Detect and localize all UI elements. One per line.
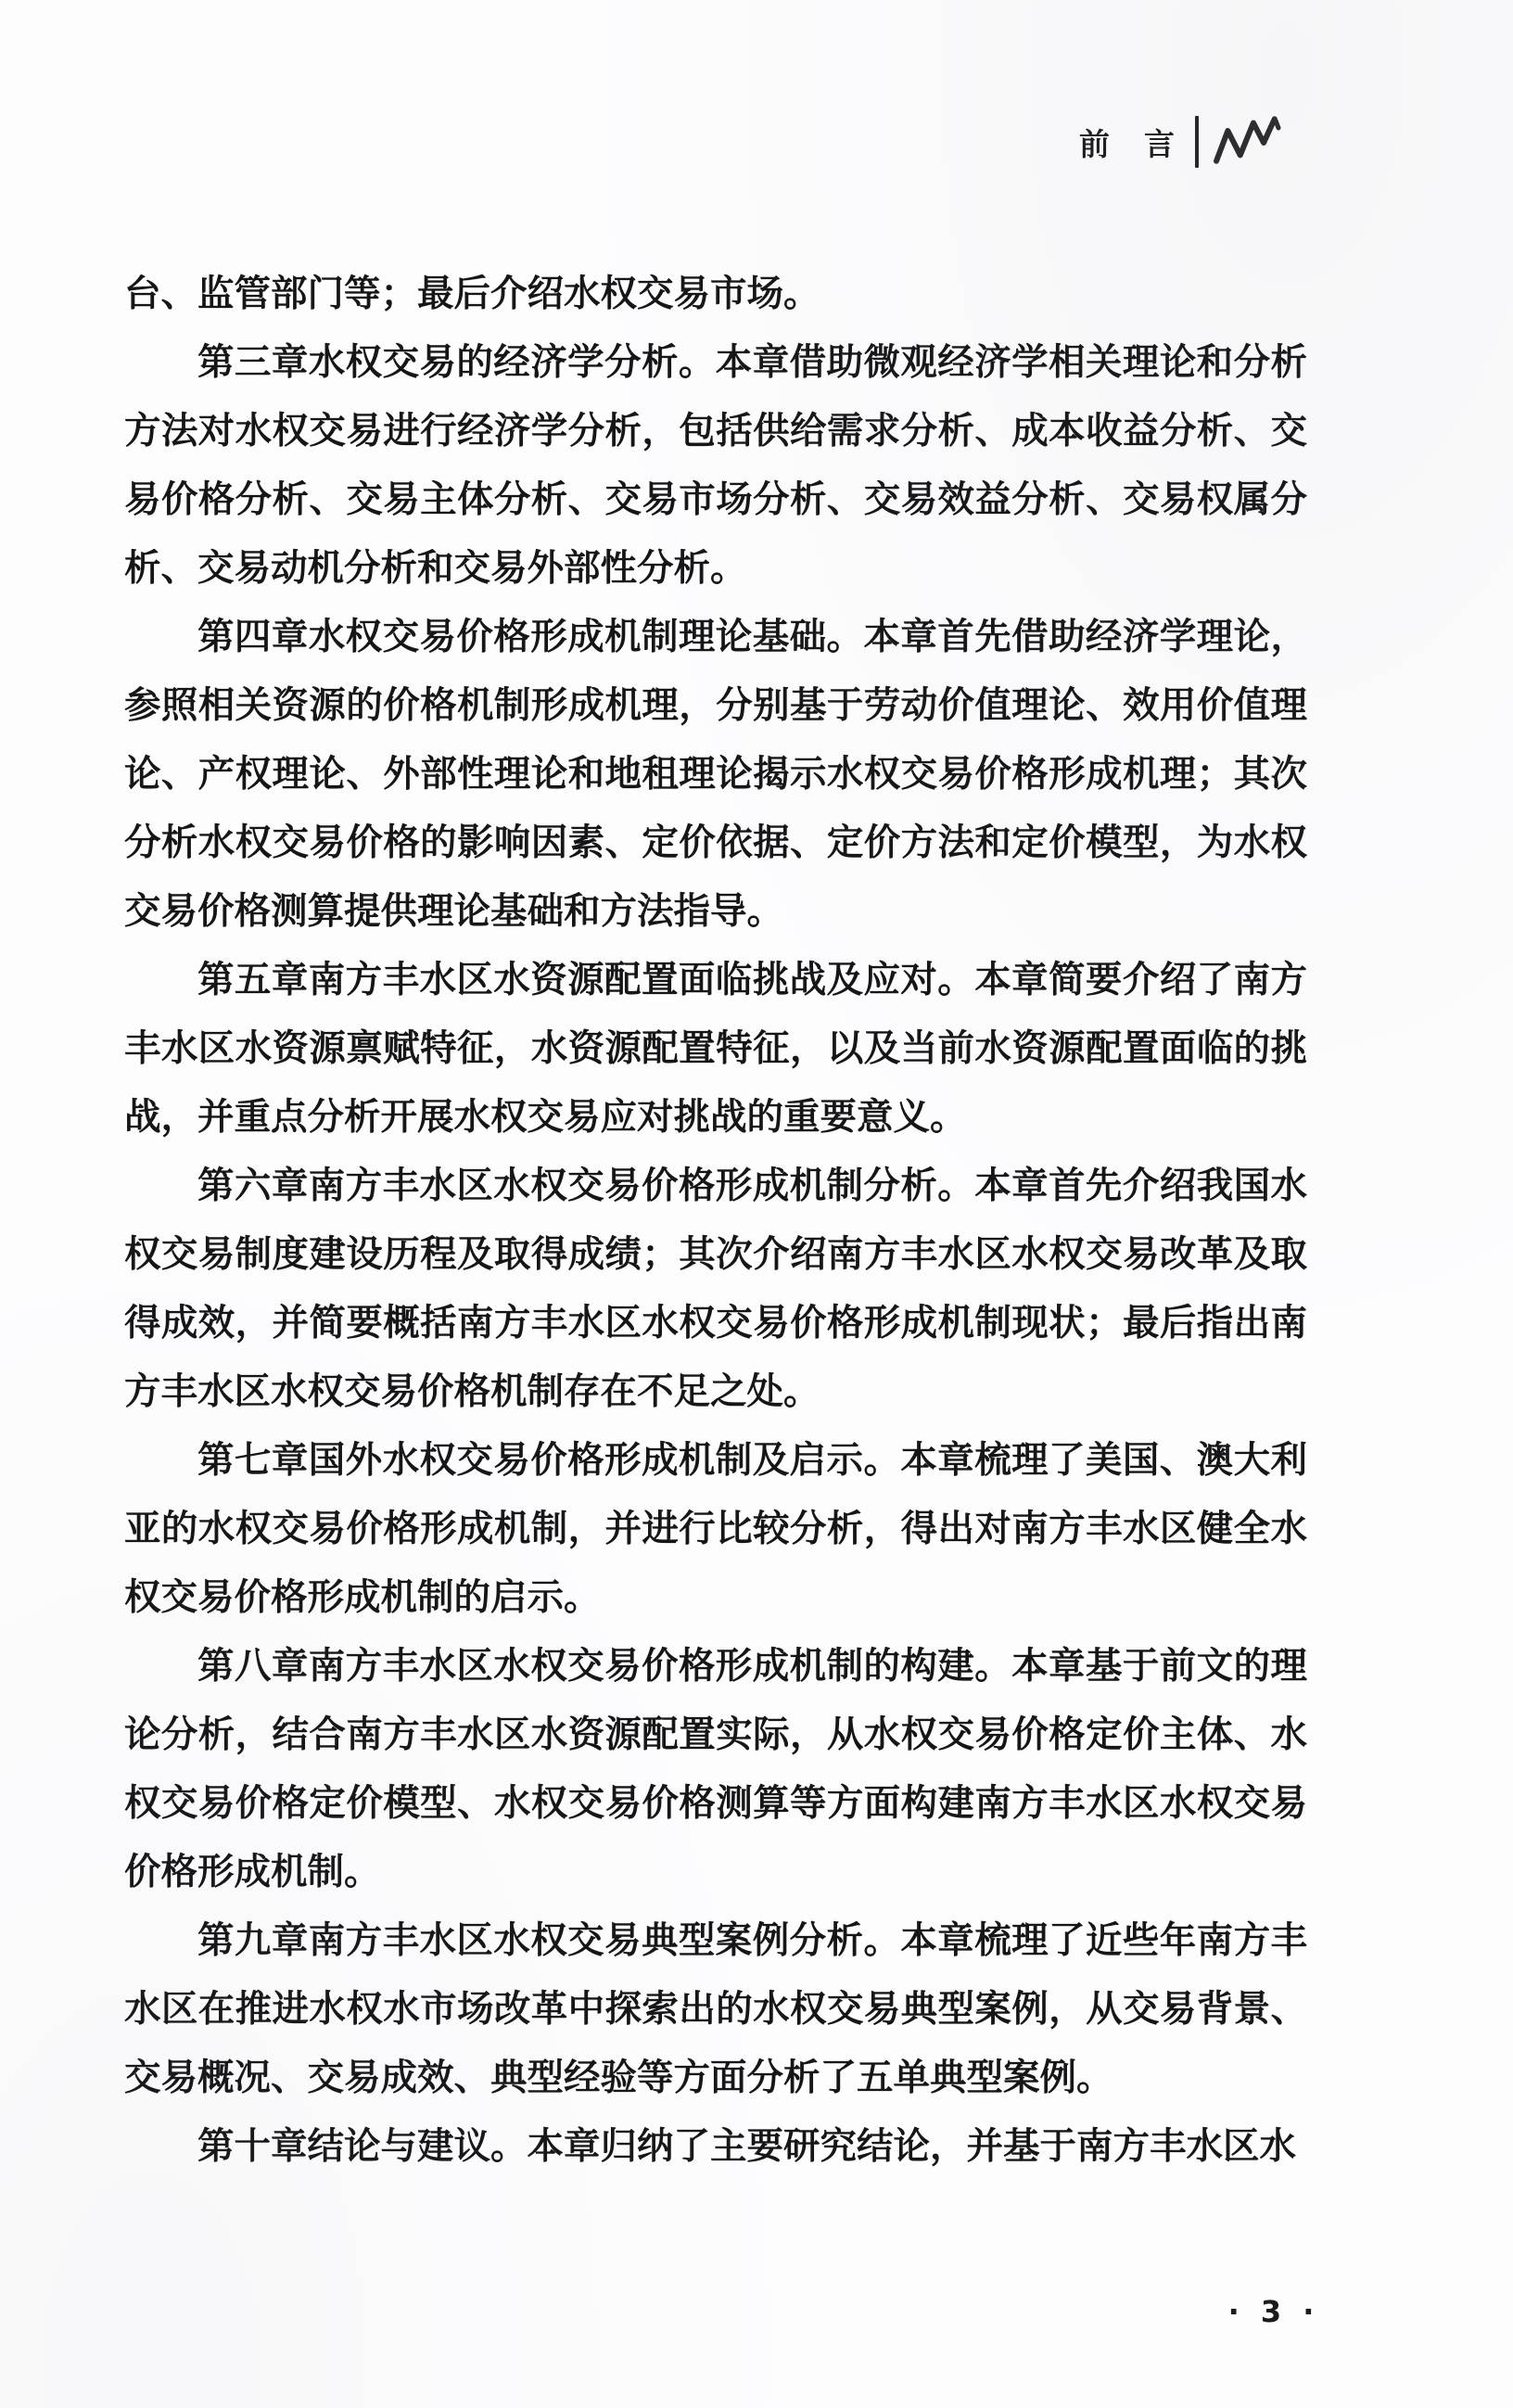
preface-body: 台、监管部门等；最后介绍水权交易市场。 第三章水权交易的经济学分析。本章借助微观…	[124, 260, 1307, 2181]
paragraph-chapter7: 第七章国外水权交易价格形成机制及启示。本章梳理了美国、澳大利亚的水权交易价格形成…	[124, 1426, 1307, 1632]
paragraph-chapter5: 第五章南方丰水区水资源配置面临挑战及应对。本章简要介绍了南方丰水区水资源禀赋特征…	[124, 946, 1307, 1152]
paragraph-chapter8: 第八章南方丰水区水权交易价格形成机制的构建。本章基于前文的理论分析，结合南方丰水…	[124, 1632, 1307, 1906]
page-footer: · 3 ·	[1164, 2259, 1319, 2364]
paragraph-chapter10: 第十章结论与建议。本章归纳了主要研究结论，并基于南方丰水区水	[124, 2112, 1307, 2181]
preface-header-title: 前 言	[1079, 121, 1176, 164]
paragraph-chapter3: 第三章水权交易的经济学分析。本章借助微观经济学相关理论和分析方法对水权交易进行经…	[124, 328, 1307, 603]
paragraph-continuation: 台、监管部门等；最后介绍水权交易市场。	[124, 260, 1307, 328]
page-header: 前 言	[1079, 113, 1281, 171]
paragraph-chapter4: 第四章水权交易价格形成机制理论基础。本章首先借助经济学理论，参照相关资源的价格机…	[124, 603, 1307, 946]
page-number: · 3 ·	[1228, 2294, 1320, 2329]
paragraph-chapter6: 第六章南方丰水区水权交易价格形成机制分析。本章首先介绍我国水权交易制度建设历程及…	[124, 1152, 1307, 1426]
header-divider	[1195, 116, 1199, 168]
publisher-zigzag-logo-icon	[1211, 115, 1281, 169]
paragraph-chapter9: 第九章南方丰水区水权交易典型案例分析。本章梳理了近些年南方丰水区在推进水权水市场…	[124, 1906, 1307, 2112]
book-page: 前 言 台、监管部门等；最后介绍水权交易市场。 第三章水权交易的经济学分析。本章…	[0, 0, 1513, 2408]
